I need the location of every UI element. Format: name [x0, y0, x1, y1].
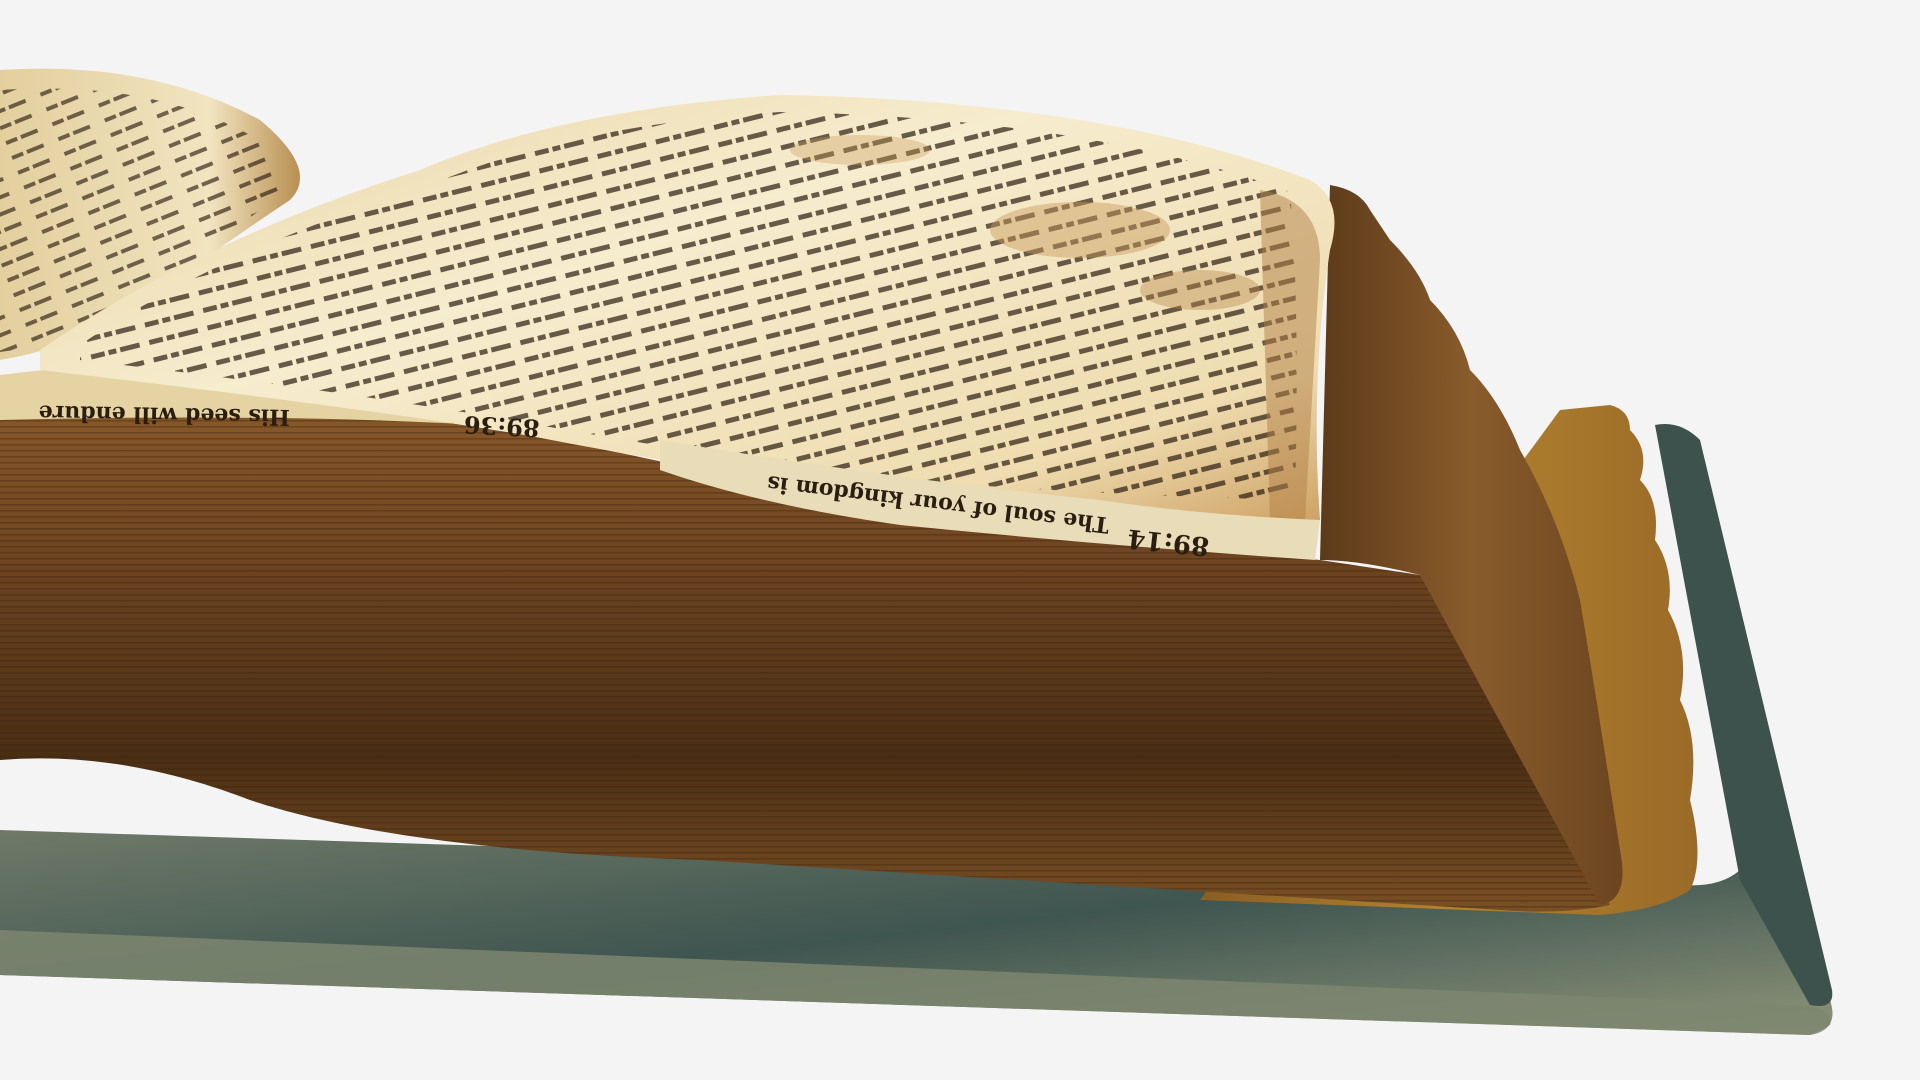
page-stain — [990, 202, 1170, 258]
book-scene: 89:14 The soul of your kingdom is 89:36 … — [0, 0, 1920, 1080]
left-verse-ref: 89:36 — [463, 410, 540, 443]
left-header: His seed will endure — [38, 400, 290, 430]
